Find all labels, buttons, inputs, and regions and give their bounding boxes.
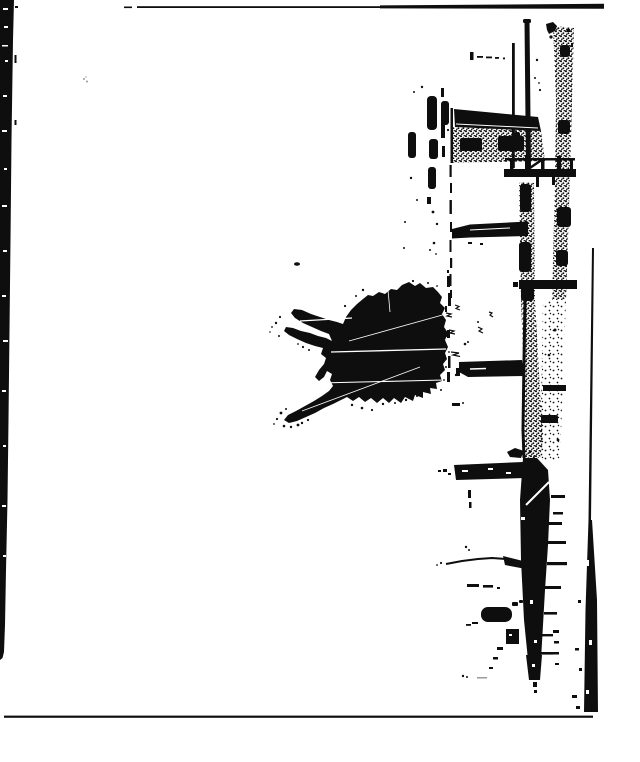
tree-canopy-blob: [269, 262, 450, 428]
street-crossbar: [519, 280, 577, 289]
street-crossbar-stub: [513, 282, 518, 287]
figure-marks: [445, 276, 493, 406]
awning-band-upper: [452, 222, 528, 246]
box-mark: [489, 629, 519, 669]
street-solid-band-lower: [520, 458, 567, 693]
dashed-line-marks: [467, 584, 500, 589]
top-rule-line: [124, 4, 604, 9]
left-scan-edge-bar: [0, 0, 18, 660]
awning-band-mid: [456, 360, 524, 377]
building-roof: [451, 108, 546, 163]
bottom-left-glyph: [462, 675, 487, 679]
scanned-document-page: [0, 0, 640, 762]
right-scan-line: [572, 248, 598, 712]
scratch-line-horizontal: [436, 556, 527, 569]
bottom-rule-line: [4, 716, 593, 718]
pole-crossarm-dashes: [470, 52, 505, 60]
street-texture-left-column: [519, 182, 543, 458]
street-texture-mid: [540, 300, 566, 460]
photo-content: [269, 19, 577, 693]
paper-speck: [83, 76, 88, 82]
scan-artwork: [0, 0, 640, 762]
car-blob: [466, 600, 523, 626]
tree-top-speck: [294, 262, 300, 266]
